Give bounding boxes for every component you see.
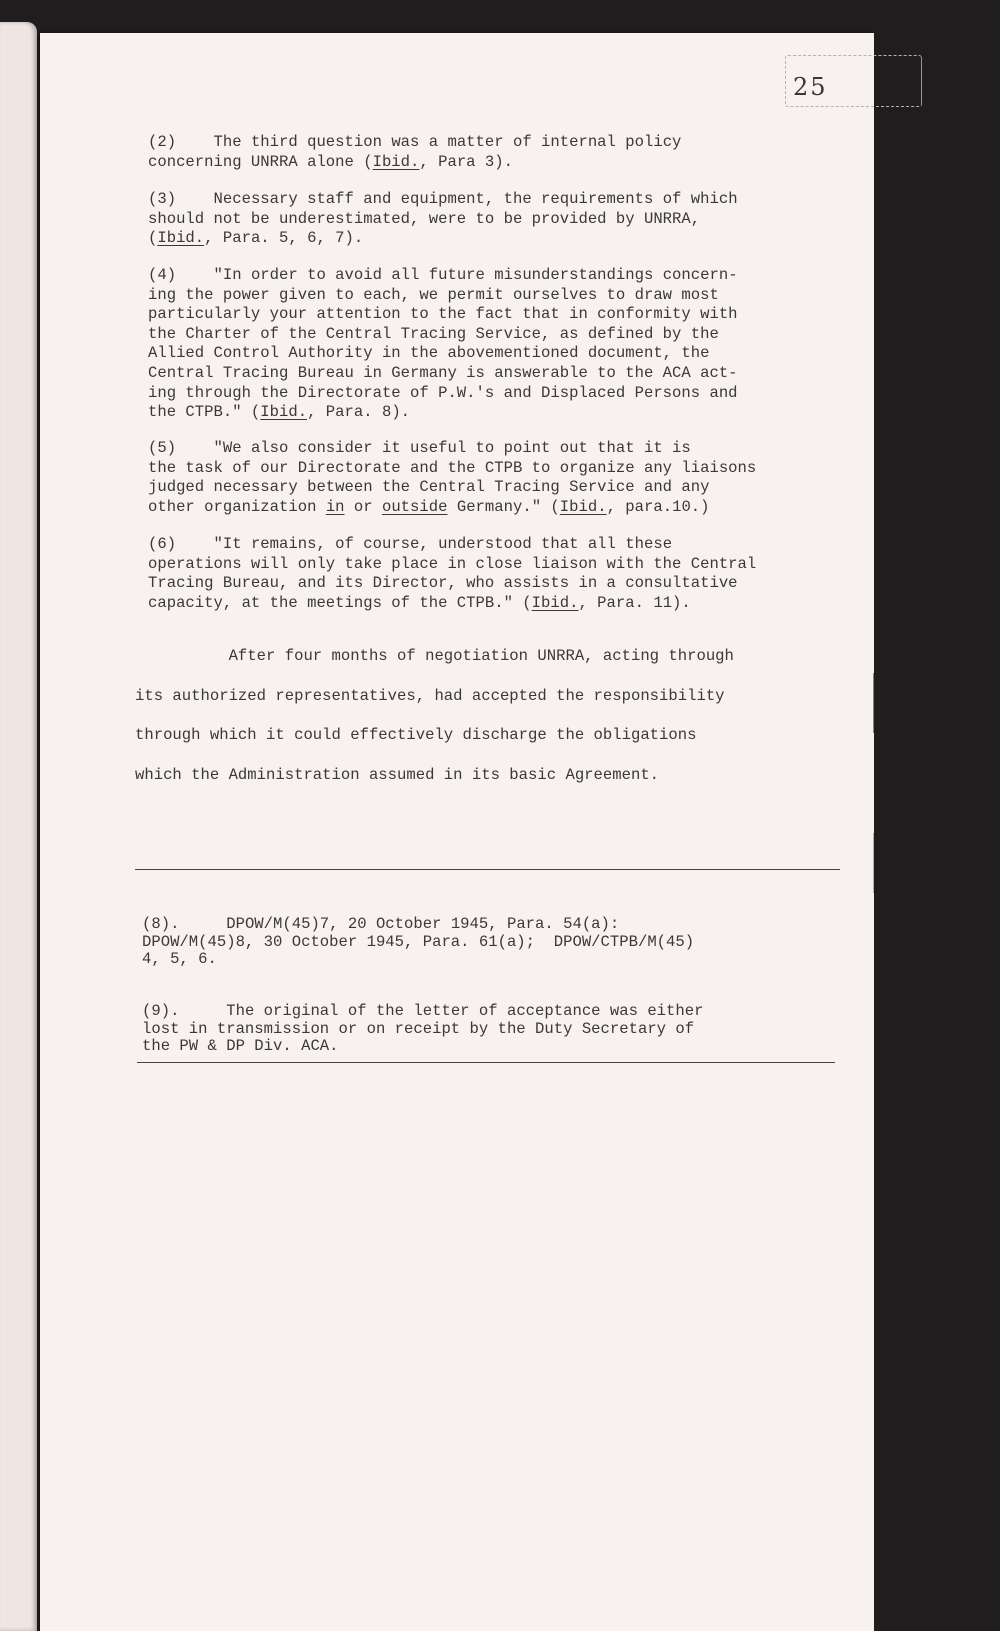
- footnote-9: (9). The original of the letter of accep…: [142, 1003, 782, 1056]
- item-3-number: (3): [148, 190, 176, 208]
- item-6-number: (6): [148, 535, 176, 553]
- previous-page-edge: [0, 22, 37, 1631]
- item-4-number: (4): [148, 266, 176, 284]
- item-4: (4) "In order to avoid all future misund…: [148, 266, 848, 423]
- margin-mark: [873, 833, 874, 893]
- item-5: (5) "We also consider it useful to point…: [148, 439, 848, 517]
- item-2-number: (2): [148, 133, 176, 151]
- document-page: 25 (2) The third question was a matter o…: [40, 33, 874, 1631]
- page-number: 25: [793, 73, 828, 101]
- ibid-ref: Ibid.: [157, 229, 204, 247]
- footnote-8: (8). DPOW/M(45)7, 20 October 1945, Para.…: [142, 916, 782, 969]
- body-paragraph: After four months of negotiation UNRRA, …: [135, 637, 855, 795]
- item-2: (2) The third question was a matter of i…: [148, 133, 848, 172]
- footnote-9-number: (9).: [142, 1002, 179, 1020]
- footnote-separator-top: [135, 869, 840, 870]
- ibid-ref: Ibid.: [532, 594, 579, 612]
- footnote-separator-bottom: [137, 1062, 835, 1063]
- item-5-number: (5): [148, 439, 176, 457]
- item-6: (6) "It remains, of course, understood t…: [148, 535, 848, 613]
- ibid-ref: Ibid.: [373, 153, 420, 171]
- ibid-ref: Ibid.: [260, 403, 307, 421]
- margin-mark: [873, 673, 874, 733]
- ibid-ref: Ibid.: [560, 498, 607, 516]
- item-3: (3) Necessary staff and equipment, the r…: [148, 190, 848, 249]
- footnote-8-number: (8).: [142, 915, 179, 933]
